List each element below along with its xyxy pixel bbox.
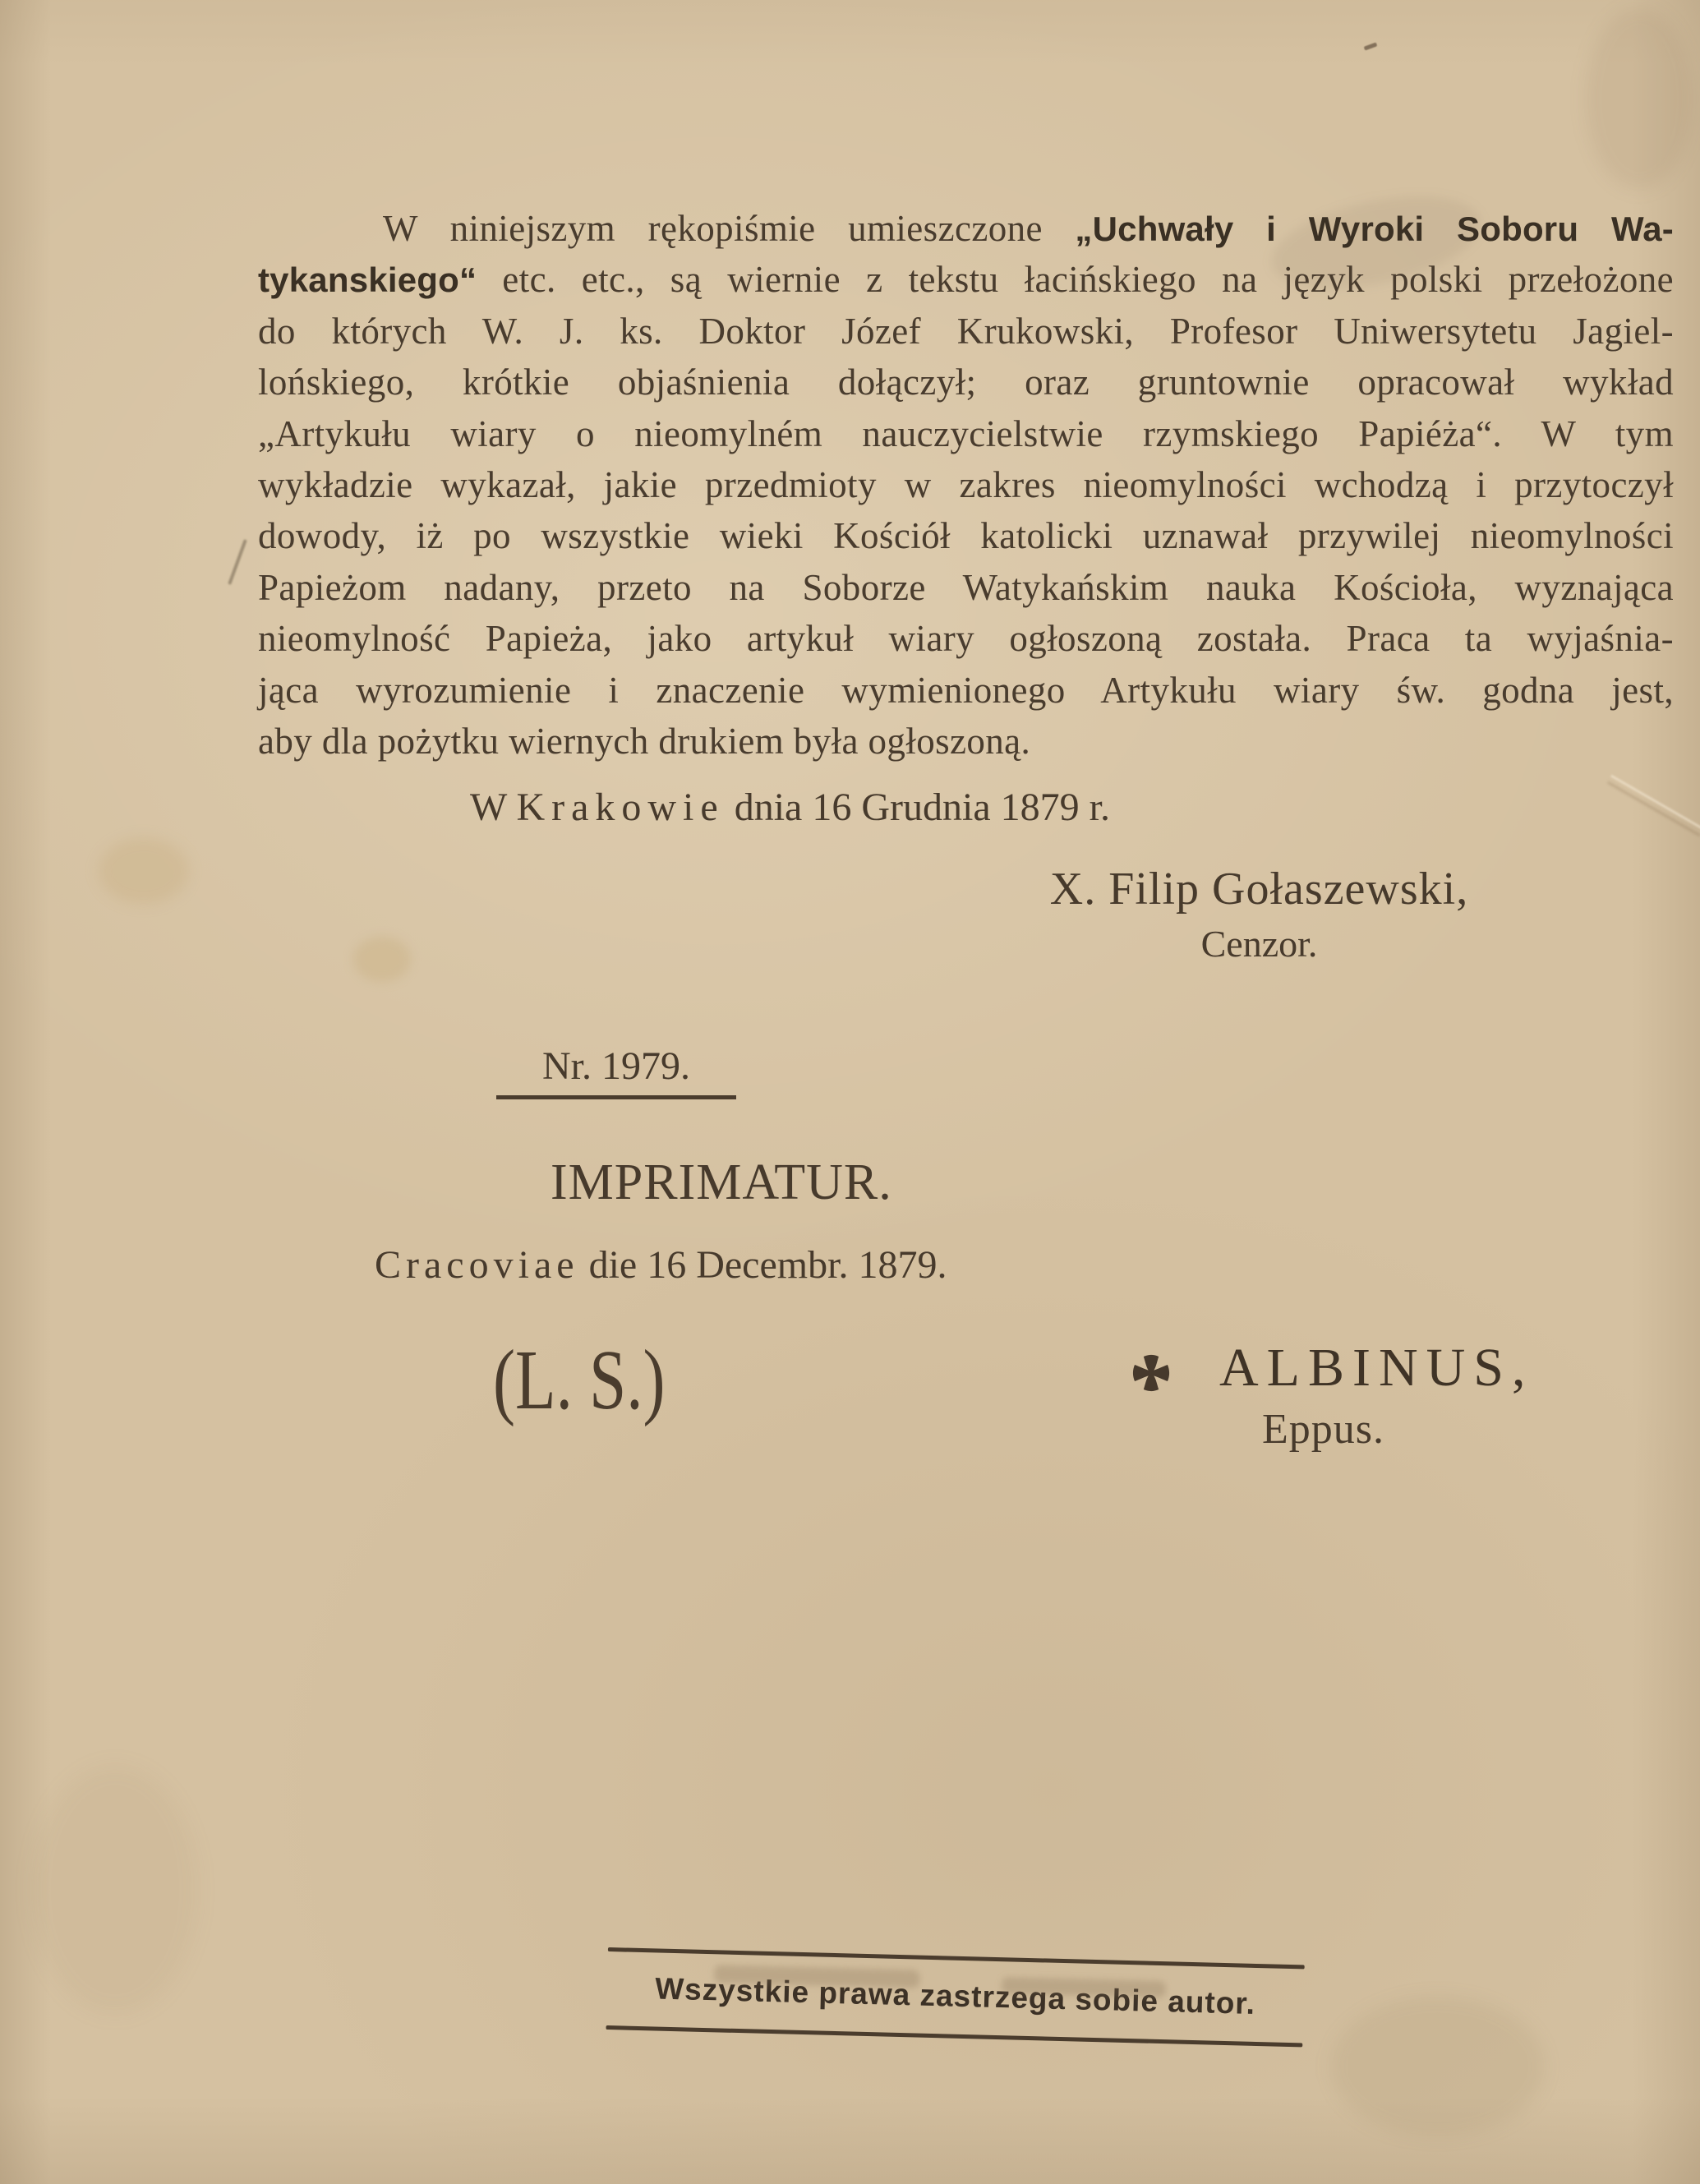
- paragraph-line: do których W. J. ks. Doktor Józef Krukow…: [258, 306, 1674, 357]
- rights-notice-block: Wszystkie prawa zastrzega sobie autor.: [606, 1947, 1304, 2048]
- cracoviae-rest: die 16 Decembr. 1879.: [579, 1243, 947, 1287]
- top-rule: [608, 1947, 1305, 1969]
- cracoviae-dateline: Cracoviae die 16 Decembr. 1879.: [375, 1246, 947, 1285]
- bishop-name: ALBINUS,: [1219, 1341, 1534, 1395]
- paragraph-text: etc. etc., są wiernie z tekstu łacińskie…: [477, 259, 1674, 300]
- seal-placeholder: (L. S.): [493, 1338, 666, 1423]
- paper-crease: [1607, 781, 1700, 837]
- dateline-city: Krakowie: [516, 786, 724, 829]
- cross-pattee-icon: [1131, 1350, 1172, 1396]
- work-title-bold: „Uchwały i Wyroki Soboru Wa-: [1075, 210, 1674, 248]
- scan-stain: [99, 838, 189, 904]
- paragraph-line: dowody, iż po wszystkie wieki Kościół ka…: [258, 510, 1674, 561]
- pencil-mark: [228, 539, 247, 585]
- paragraph-line: nieomylność Papieża, jako artykuł wiary …: [258, 613, 1674, 664]
- work-title-bold: tykanskiego“: [258, 260, 477, 299]
- krakow-dateline: W Krakowie dnia 16 Grudnia 1879 r.: [470, 788, 1110, 827]
- document-number: Nr. 1979.: [496, 1045, 736, 1099]
- bishop-title: Eppus.: [1262, 1408, 1384, 1451]
- paragraph-text: W niniejszym rękopiśmie umieszczone: [383, 208, 1075, 249]
- dateline-prefix: W: [470, 786, 516, 829]
- censor-statement-paragraph: W niniejszym rękopiśmie umieszczone „Uch…: [258, 203, 1674, 767]
- paragraph-line: „Artykułu wiary o nieomylném nauczyciels…: [258, 408, 1674, 459]
- paragraph-line: tykanskiego“ etc. etc., są wiernie z tek…: [258, 254, 1674, 305]
- paragraph-line: aby dla pożytku wiernych drukiem była og…: [258, 716, 1674, 767]
- dateline-rest: dnia 16 Grudnia 1879 r.: [725, 786, 1110, 829]
- paragraph-line: lońskiego, krótkie objaśnienia dołączył;…: [258, 357, 1674, 408]
- scan-stain: [1331, 1997, 1545, 2136]
- cracoviae-city: Cracoviae: [375, 1243, 579, 1287]
- scan-stain: [353, 937, 411, 982]
- censor-title: Cenzor.: [994, 925, 1524, 963]
- censor-signature-block: X. Filip Gołaszewski, Cenzor.: [994, 866, 1524, 963]
- imprimatur-heading: IMPRIMATUR.: [551, 1157, 892, 1208]
- scan-stain: [33, 1767, 197, 2013]
- bottom-rule: [606, 2025, 1302, 2047]
- paragraph-line: Papieżom nadany, przeto na Soborze Watyk…: [258, 562, 1674, 613]
- paper-crease: [1610, 775, 1700, 831]
- ink-speck: [1364, 42, 1378, 50]
- censor-name: X. Filip Gołaszewski,: [994, 866, 1524, 912]
- scan-stain: [1586, 8, 1693, 189]
- scanned-book-page: W niniejszym rękopiśmie umieszczone „Uch…: [0, 0, 1700, 2184]
- paragraph-line: jąca wyrozumienie i znaczenie wymienione…: [258, 665, 1674, 716]
- paragraph-line: W niniejszym rękopiśmie umieszczone „Uch…: [258, 203, 1674, 254]
- paragraph-line: wykładzie wykazał, jakie przedmioty w za…: [258, 459, 1674, 510]
- rights-notice-text: Wszystkie prawa zastrzega sobie autor.: [606, 1970, 1304, 2024]
